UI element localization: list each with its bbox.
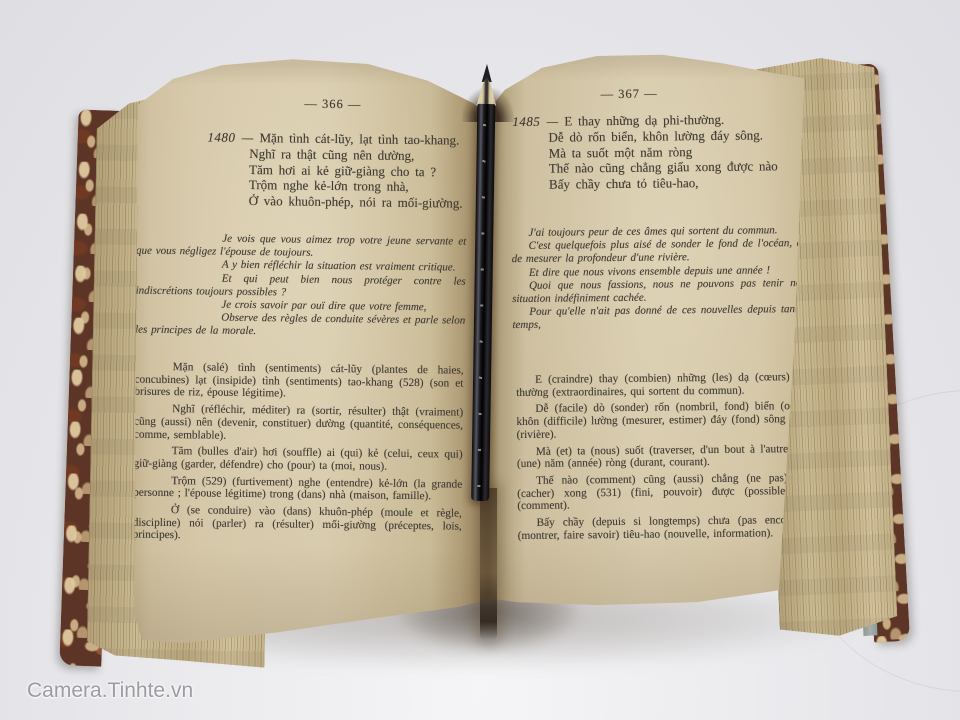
glossary-paragraph: Thế nào (comment) cũng (aussi) chẳng (ne… (517, 472, 815, 513)
translation-paragraph: Je vois que vous aimez trop votre jeune … (136, 232, 466, 262)
page-number-left: — 366 — (263, 96, 403, 113)
pencil-sharpened-wood (476, 77, 496, 106)
glossary-paragraph: Ở (se conduire) vào (dans) khuôn-phép (m… (133, 504, 462, 546)
verse-line-text: E thay những dạ phi-thường. (564, 112, 724, 129)
translation-paragraph: Pour qu'elle n'ait pas donné de ces nouv… (512, 303, 813, 332)
glossary-paragraph: Bấy chầy (depuis si longtemps) chưa (pas… (517, 514, 815, 543)
verse-number-right: 1485 — (512, 114, 558, 129)
verse-block-left: 1480 — Mặn tình cát-lũy, lạt tình tao-kh… (207, 129, 464, 211)
verse-line: 1480 — Mặn tình cát-lũy, lạt tình tao-kh… (207, 129, 463, 148)
glossary-paragraph: Trộm (529) (furtivement) nghe (entendre)… (133, 474, 462, 503)
verse-line: Dễ dò rốn biển, khôn lường đáy sông. (512, 127, 777, 146)
glossary-paragraph: Dễ (facile) dò (sonder) rốn (nombril, fo… (516, 400, 814, 441)
page-number-right: — 367 — (559, 86, 699, 102)
translation-paragraph: C'est quelquefois plus aisé de sonder le… (512, 237, 813, 266)
glossary-paragraph: Mặn (salé) tình (sentiments) cát-lũy (pl… (134, 361, 463, 403)
photo-scene: — 366 — 1480 — Mặn tình cát-lũy, lạt tìn… (0, 0, 960, 720)
glossary-right: E (craindre) thay (combien) những (les) … (516, 371, 816, 547)
verse-line: Bấy chầy chưa tỏ tiêu-hao, (513, 174, 778, 193)
page-left-text: — 366 — 1480 — Mặn tình cát-lũy, lạt tìn… (121, 55, 488, 659)
watermark-text: Camera.Tinhte.vn (27, 679, 193, 703)
glossary-paragraph: Mà (et) ta (nous) suốt (traverser, d'un … (517, 442, 815, 471)
french-translation-right: J'ai toujours peur de ces âmes qui sorte… (511, 224, 813, 333)
book-gutter-shadow (480, 488, 497, 640)
glossary-paragraph: Tăm (bulles d'air) hơi (souffle) ai (qui… (133, 445, 462, 474)
verse-line: Ở vào khuôn-phép, nói ra mối-giường. (207, 193, 463, 212)
verse-line: Thế nào cũng chẳng giấu xong được nào (513, 159, 778, 178)
french-translation-left: Je vois que vous aimez trop votre jeune … (135, 232, 466, 342)
verse-block-right: 1485 — E thay những dạ phi-thường. Dễ dò… (512, 111, 778, 193)
verse-line-text: Mặn tình cát-lũy, lạt tình tao-khang. (259, 130, 459, 147)
translation-paragraph: Quoi que nous fassions, nous ne pouvons … (512, 277, 813, 306)
glossary-paragraph: Nghĩ (réfléchir, méditer) ra (sortir, ré… (134, 403, 463, 445)
glossary-paragraph: E (craindre) thay (combien) những (les) … (516, 371, 814, 400)
translation-paragraph: Et qui peut bien nous protéger contre le… (136, 271, 466, 301)
translation-paragraph: Observe des règles de conduite sévères e… (135, 311, 465, 341)
verse-number-left: 1480 — (207, 129, 253, 145)
book-page-left: — 366 — 1480 — Mặn tình cát-lũy, lạt tìn… (128, 55, 488, 655)
glossary-left: Mặn (salé) tình (sentiments) cát-lũy (pl… (132, 361, 463, 550)
